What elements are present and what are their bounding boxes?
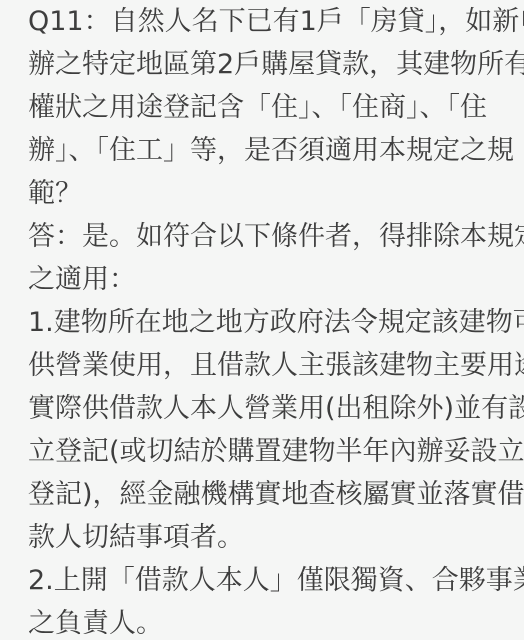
text-line-answer: 答：是。如符合以下條件者，得排除本規定 bbox=[28, 215, 494, 258]
text-line: 權狀之用途登記含「住」、「住商」、「住 bbox=[28, 86, 494, 129]
qa-document: Q11：自然人名下已有1戶「房貸」，如新申 辦之特定地區第2戶購屋貸款，其建物所… bbox=[0, 0, 524, 640]
text-line: 實際供借款人本人營業用(出租除外)並有設 bbox=[28, 387, 494, 430]
text-line: 供營業使用，且借款人主張該建物主要用途 bbox=[28, 344, 494, 387]
text-line-condition-2: 2.上開「借款人本人」僅限獨資、合夥事業 bbox=[28, 559, 494, 602]
text-line: 立登記(或切結於購置建物半年內辦妥設立 bbox=[28, 430, 494, 473]
text-line-condition-1: 1.建物所在地之地方政府法令規定該建物可 bbox=[28, 301, 494, 344]
text-line: 款人切結事項者。 bbox=[28, 516, 494, 559]
text-line-question: Q11：自然人名下已有1戶「房貸」，如新申 bbox=[28, 0, 494, 43]
text-line: 辦之特定地區第2戶購屋貸款，其建物所有 bbox=[28, 43, 494, 86]
text-line: 登記)，經金融機構實地查核屬實並落實借 bbox=[28, 473, 494, 516]
text-line: 之負責人。 bbox=[28, 602, 494, 640]
text-line: 之適用： bbox=[28, 258, 494, 301]
text-line: 範？ bbox=[28, 172, 494, 215]
text-line: 辦」、「住工」等，是否須適用本規定之規 bbox=[28, 129, 494, 172]
